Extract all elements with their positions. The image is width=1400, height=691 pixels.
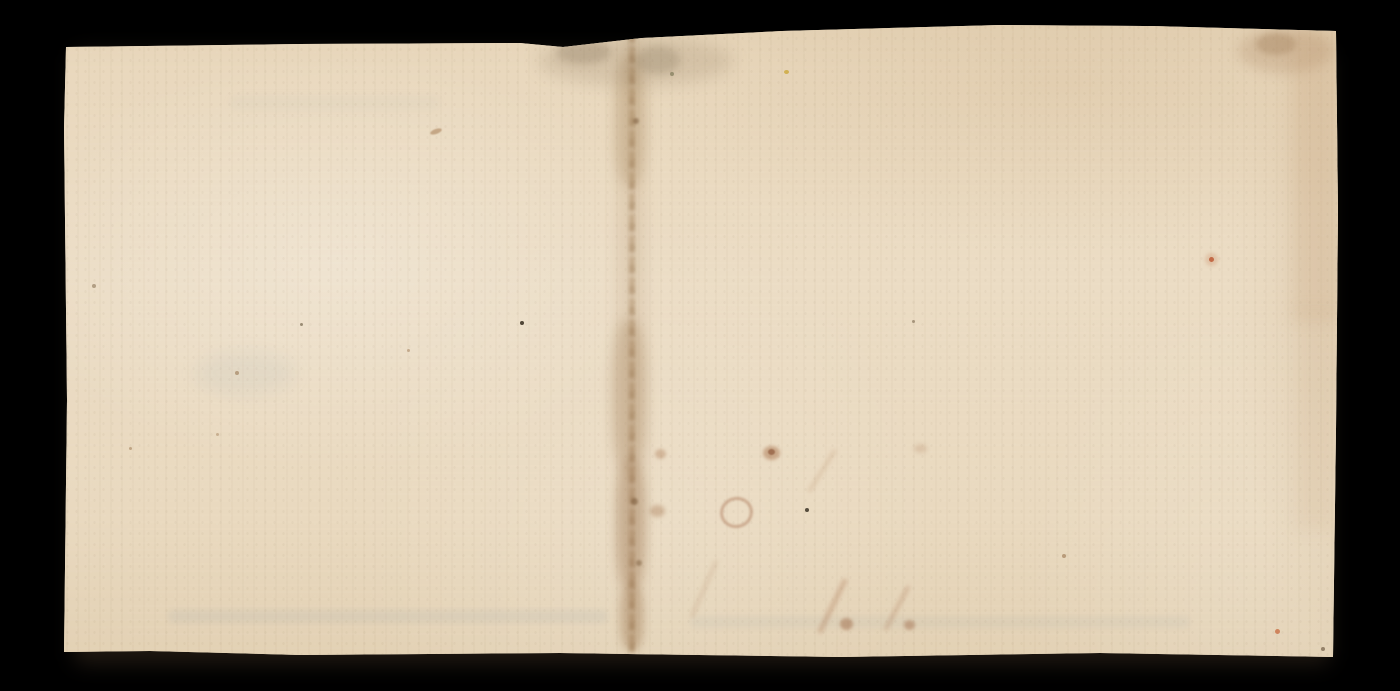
paper-edge-shading bbox=[0, 0, 1400, 691]
photo-backdrop bbox=[0, 0, 1400, 691]
paper-sheet bbox=[0, 0, 1400, 691]
